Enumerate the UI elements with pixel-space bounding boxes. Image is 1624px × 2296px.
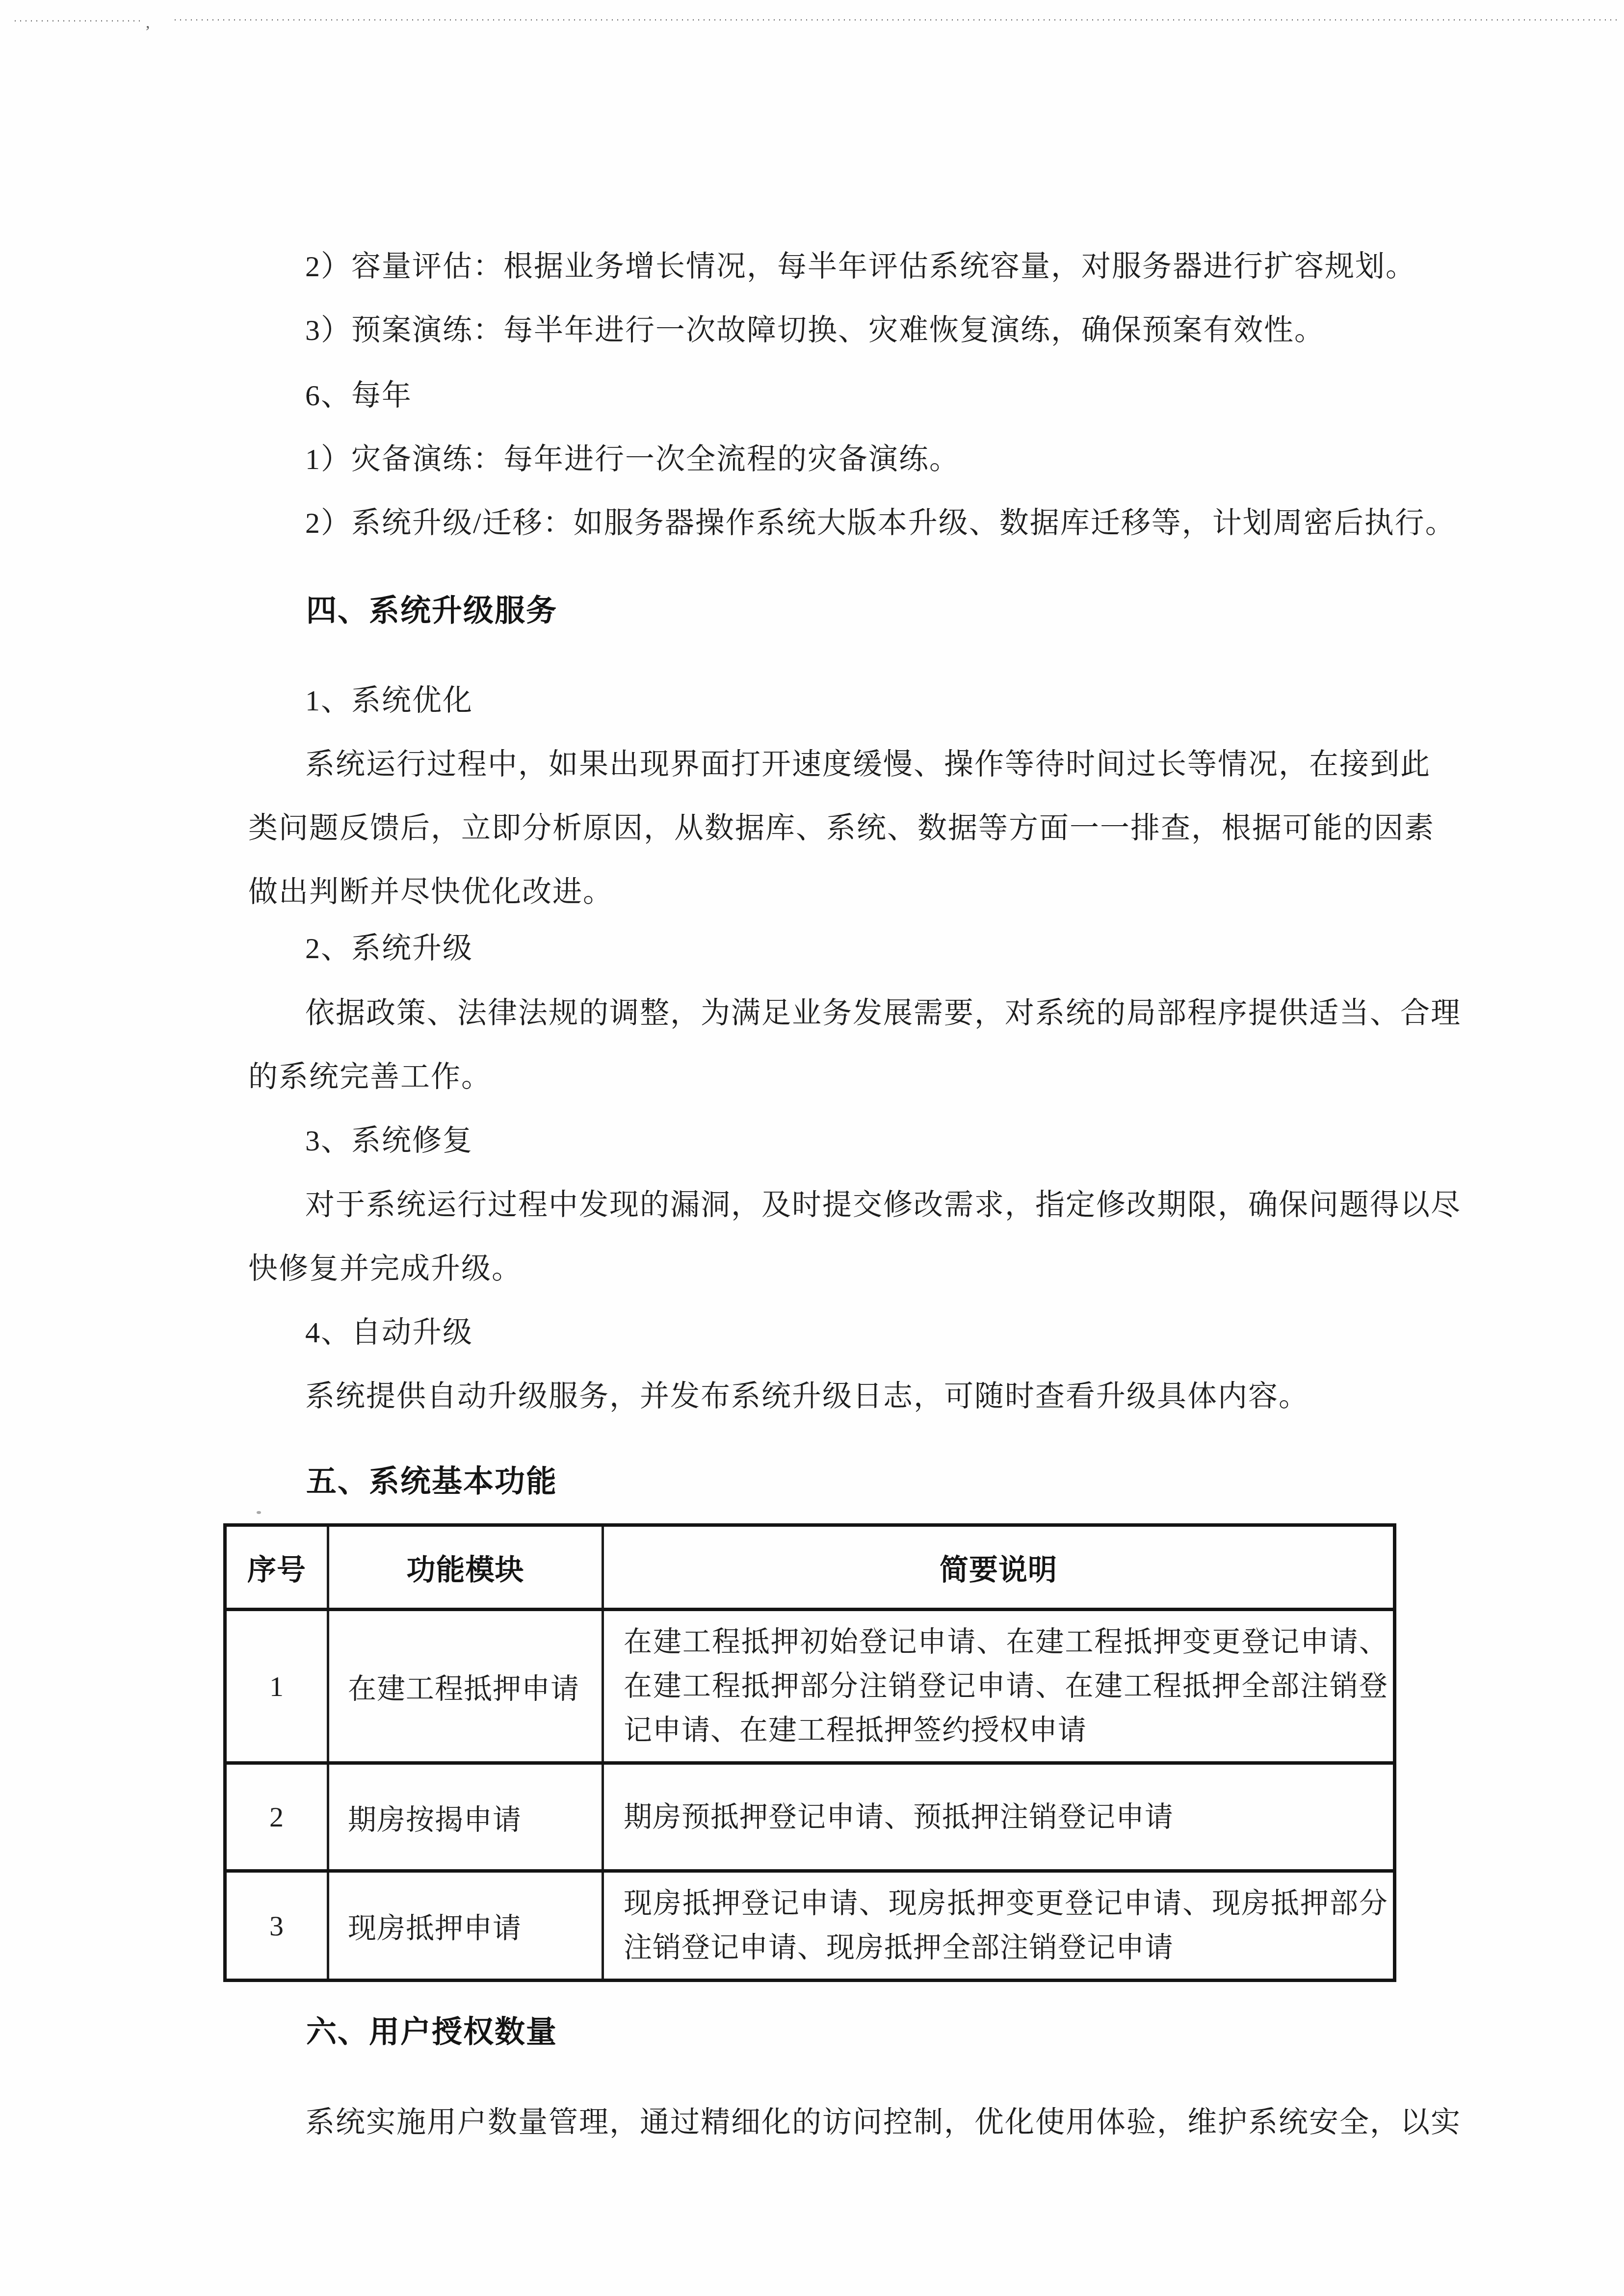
scan-artifact-speck bbox=[257, 1511, 261, 1514]
scan-artifact-dotted-line-left bbox=[15, 20, 141, 22]
paragraph-line: 的系统完善工作。 bbox=[248, 1058, 492, 1096]
paragraph-line: 依据政策、法律法规的调整，为满足业务发展需要，对系统的局部程序提供适当、合理 bbox=[305, 994, 1461, 1032]
row-desc-cell: 在建工程抵押初始登记申请、在建工程抵押变更登记申请、在建工程抵押部分注销登记申请… bbox=[603, 1610, 1395, 1763]
paragraph-line: 系统运行过程中，如果出现界面打开速度缓慢、操作等待时间过长等情况，在接到此 bbox=[305, 746, 1431, 783]
maintenance-item-drill: 3）预案演练：每半年进行一次故障切换、灾难恢复演练，确保预案有效性。 bbox=[305, 312, 1325, 349]
scan-artifact-dotted-line-right bbox=[175, 19, 1617, 21]
section-heading-basic-functions: 五、系统基本功能 bbox=[306, 1463, 557, 1501]
paragraph-line: 类问题反馈后，立即分析原因，从数据库、系统、数据等方面一一排查，根据可能的因素 bbox=[248, 809, 1435, 847]
paragraph-line: 做出判断并尽快优化改进。 bbox=[248, 873, 613, 911]
maintenance-item-disaster: 1）灾备演练：每年进行一次全流程的灾备演练。 bbox=[305, 441, 960, 478]
paragraph-line: 快修复并完成升级。 bbox=[248, 1250, 522, 1287]
column-header-module: 功能模块 bbox=[328, 1525, 603, 1610]
column-header-no: 序号 bbox=[225, 1525, 328, 1610]
scanned-document-page: , 2）容量评估：根据业务增长情况，每半年评估系统容量，对服务器进行扩容规划。 … bbox=[0, 0, 1624, 2296]
maintenance-item-yearly: 6、每年 bbox=[305, 377, 412, 414]
scan-artifact-comma-mark: , bbox=[146, 14, 150, 32]
table-row: 2 期房按揭申请 期房预抵押登记申请、预抵押注销登记申请 bbox=[225, 1763, 1395, 1871]
row-no-cell: 2 bbox=[225, 1763, 328, 1871]
maintenance-item-capacity: 2）容量评估：根据业务增长情况，每半年评估系统容量，对服务器进行扩容规划。 bbox=[305, 248, 1416, 285]
row-desc-cell: 期房预抵押登记申请、预抵押注销登记申请 bbox=[603, 1763, 1395, 1871]
table-row: 1 在建工程抵押申请 在建工程抵押初始登记申请、在建工程抵押变更登记申请、在建工… bbox=[225, 1610, 1395, 1763]
row-no-cell: 1 bbox=[225, 1610, 328, 1763]
table-header-row: 序号 功能模块 简要说明 bbox=[225, 1525, 1395, 1610]
subsection-title-upgrade: 2、系统升级 bbox=[305, 930, 473, 967]
row-module-cell: 在建工程抵押申请 bbox=[328, 1610, 603, 1763]
section-heading-upgrade-service: 四、系统升级服务 bbox=[306, 593, 557, 630]
column-header-desc: 简要说明 bbox=[603, 1525, 1395, 1610]
paragraph-line: 系统实施用户数量管理，通过精细化的访问控制，优化使用体验，维护系统安全，以实 bbox=[305, 2104, 1461, 2141]
table-row: 3 现房抵押申请 现房抵押登记申请、现房抵押变更登记申请、现房抵押部分注销登记申… bbox=[225, 1871, 1395, 1981]
functions-table: 序号 功能模块 简要说明 1 在建工程抵押申请 在建工程抵押初始登记申请、在建工… bbox=[223, 1523, 1396, 1982]
subsection-title-repair: 3、系统修复 bbox=[305, 1122, 473, 1159]
paragraph-line: 系统提供自动升级服务，并发布系统升级日志，可随时查看升级具体内容。 bbox=[305, 1378, 1309, 1415]
subsection-title-optimization: 1、系统优化 bbox=[305, 682, 473, 719]
subsection-title-auto-upgrade: 4、自动升级 bbox=[305, 1314, 473, 1351]
row-module-cell: 期房按揭申请 bbox=[328, 1763, 603, 1871]
row-module-cell: 现房抵押申请 bbox=[328, 1871, 603, 1981]
row-no-cell: 3 bbox=[225, 1871, 328, 1981]
paragraph-line: 对于系统运行过程中发现的漏洞，及时提交修改需求，指定修改期限，确保问题得以尽 bbox=[305, 1186, 1461, 1224]
section-heading-user-authorization: 六、用户授权数量 bbox=[306, 2014, 557, 2051]
maintenance-item-migration: 2）系统升级/迁移：如服务器操作系统大版本升级、数据库迁移等，计划周密后执行。 bbox=[305, 504, 1456, 542]
row-desc-cell: 现房抵押登记申请、现房抵押变更登记申请、现房抵押部分注销登记申请、现房抵押全部注… bbox=[603, 1871, 1395, 1981]
